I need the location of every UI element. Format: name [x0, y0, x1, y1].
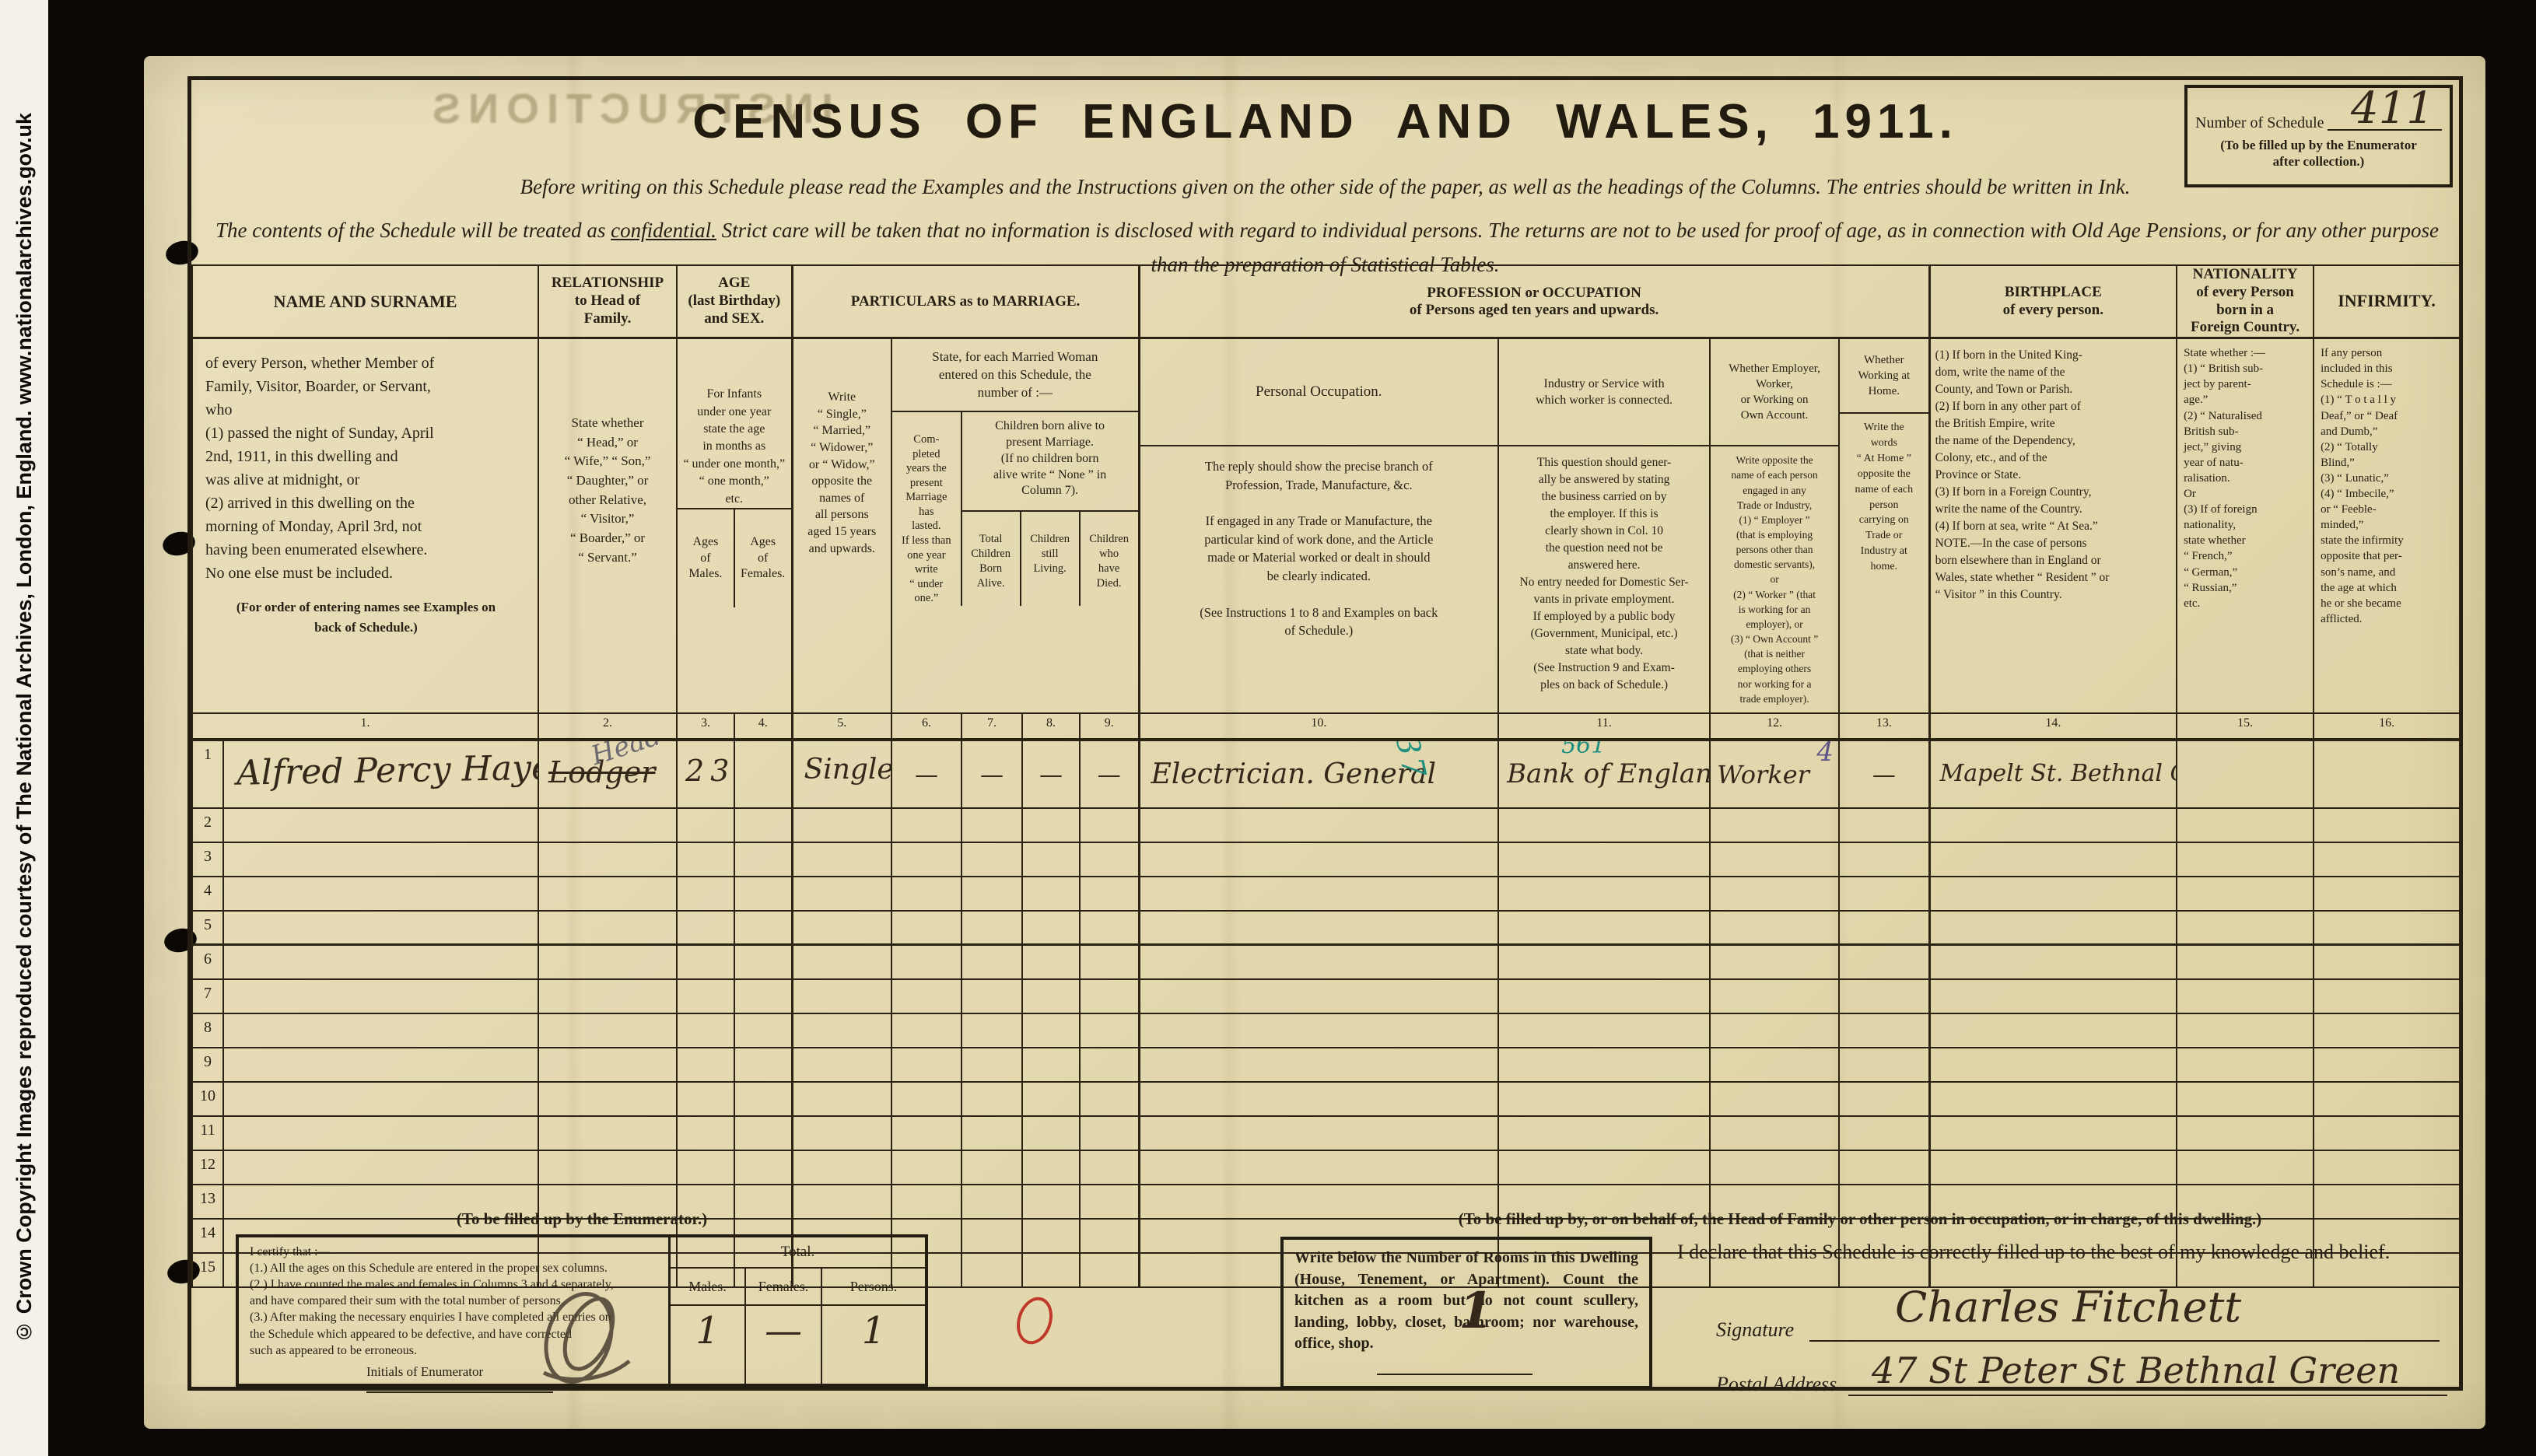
cell-marriage: [792, 842, 891, 877]
cell-birthplace: [1929, 1082, 2177, 1116]
cell-children-born: [962, 911, 1022, 945]
desc-relationship: State whether “ Head,” or “ Wife,” “ Son…: [538, 338, 677, 713]
schedule-number-box: Number of Schedule 411 (To be filled up …: [2184, 85, 2453, 187]
cell-relationship: [538, 808, 677, 842]
col-number: 1.: [192, 713, 538, 740]
desc-industry: Industry or Service with which worker is…: [1498, 338, 1710, 713]
birthplace-handwriting: Mapelt St. Bethnal Green: [1940, 760, 2177, 787]
cell-relationship: [538, 1150, 677, 1185]
row-number: 5: [192, 911, 223, 945]
col-number: 11.: [1498, 713, 1710, 740]
cell-children-born: [962, 1013, 1022, 1048]
desc-working-at-home: Whether Working at Home. Write the words…: [1839, 338, 1929, 713]
cell-marriage: [792, 1048, 891, 1082]
header-marriage-group: PARTICULARS as to MARRIAGE.: [792, 265, 1139, 338]
cell-nationality: [2177, 1116, 2314, 1150]
cell-infirmity: [2314, 808, 2460, 842]
row-number: 8: [192, 1013, 223, 1048]
cell-infirmity: [2314, 842, 2460, 877]
sub-children-total: Total Children Born Alive.: [962, 512, 1020, 606]
table-row: 9: [192, 1048, 2460, 1082]
form-border-frame: INSTRUCTIONS CENSUS OF ENGLAND AND WALES…: [187, 76, 2463, 1391]
cell-infirmity: [2314, 945, 2460, 979]
cell-children-living: [1022, 877, 1080, 911]
cell-industry: [1498, 1013, 1710, 1048]
cell-industry: [1498, 911, 1710, 945]
cell-children-living: [1022, 1219, 1080, 1253]
cell-occupation: Electrician. General 637: [1139, 740, 1498, 808]
desc-occupation: Personal Occupation. The reply should sh…: [1139, 338, 1498, 713]
archive-copyright-strip: © Crown Copyright Images reproduced cour…: [0, 0, 48, 1456]
cell-age-females: [734, 911, 792, 945]
col-number: 9.: [1080, 713, 1139, 740]
cell-marriage: [792, 808, 891, 842]
desc-marriage-details: State, for each Married Woman entered on…: [891, 338, 1139, 713]
cell-industry: [1498, 979, 1710, 1013]
table-row: 2: [192, 808, 2460, 842]
cell-children-born: [962, 1219, 1022, 1253]
row-number: 1: [192, 740, 223, 808]
col-number: 15.: [2177, 713, 2314, 740]
copyright-text: © Crown Copyright Images reproduced cour…: [12, 113, 37, 1343]
cell-age-females: [734, 808, 792, 842]
cell-name: [223, 1116, 538, 1150]
certification-text-area: I certify that :— (1.) All the ages on t…: [239, 1237, 668, 1384]
cell-relationship: [538, 1082, 677, 1116]
cell-employment-status: [1710, 1013, 1839, 1048]
cell-years-married: [891, 1116, 962, 1150]
cell-birthplace: [1929, 842, 2177, 877]
cell-children-born: [962, 945, 1022, 979]
cell-years-married: [891, 979, 962, 1013]
cell-age-females: [734, 1150, 792, 1185]
name-handwriting: Alfred Percy Hayes: [236, 747, 538, 793]
cell-children-living: [1022, 1150, 1080, 1185]
cell-marriage: [792, 1116, 891, 1150]
cell-marriage: [792, 1013, 891, 1048]
header-name-surname: NAME AND SURNAME: [192, 265, 538, 338]
row-number: 13: [192, 1185, 223, 1219]
cell-age-males: [677, 1150, 734, 1185]
cell-children-born: [962, 842, 1022, 877]
form-title: CENSUS OF ENGLAND AND WALES, 1911.: [191, 94, 2459, 149]
cell-children-died: [1080, 1013, 1139, 1048]
cell-birthplace: [1929, 1150, 2177, 1185]
cell-years-married: [891, 1150, 962, 1185]
cell-birthplace: [1929, 1013, 2177, 1048]
cell-birthplace: [1929, 1048, 2177, 1082]
row-number: 3: [192, 842, 223, 877]
row-number: 11: [192, 1116, 223, 1150]
cell-marriage: [792, 1150, 891, 1185]
enumerator-section-heading: (To be filled up by the Enumerator.): [236, 1209, 928, 1229]
cell-infirmity: [2314, 1116, 2460, 1150]
desc-birthplace: (1) If born in the United King- dom, wri…: [1929, 338, 2177, 713]
cell-children-living: —: [1022, 740, 1080, 808]
cell-age-females: [734, 979, 792, 1013]
desc-employment-status: Whether Employer, Worker, or Working on …: [1710, 338, 1839, 713]
cell-birthplace: [1929, 877, 2177, 911]
cell-children-died: [1080, 1082, 1139, 1116]
col-number: 2.: [538, 713, 677, 740]
initials-line: [366, 1391, 553, 1393]
females-value-handwriting: —: [765, 1309, 802, 1353]
cell-children-living: [1022, 945, 1080, 979]
cell-marriage: [792, 1082, 891, 1116]
table-row: 5: [192, 911, 2460, 945]
cell-industry: [1498, 945, 1710, 979]
cell-at-home: [1839, 808, 1929, 842]
schedule-number-handwriting: 411: [2351, 83, 2434, 134]
sub-children-living: Children still Living.: [1020, 512, 1079, 606]
cell-nationality: [2177, 740, 2314, 808]
cell-infirmity: [2314, 740, 2460, 808]
cell-at-home: [1839, 1013, 1929, 1048]
cell-name: [223, 1048, 538, 1082]
cell-children-living: [1022, 1082, 1080, 1116]
males-label: Males.: [671, 1269, 744, 1304]
total-label: Total.: [671, 1237, 925, 1269]
cell-at-home: [1839, 1116, 1929, 1150]
desc-name: of every Person, whether Member of Famil…: [192, 338, 538, 713]
cell-industry: [1498, 1150, 1710, 1185]
row-number: 12: [192, 1150, 223, 1185]
col-number: 7.: [962, 713, 1022, 740]
cell-age-males: 23: [677, 740, 734, 808]
head-of-family-section-heading: (To be filled up by, or on behalf of, th…: [1277, 1209, 2443, 1229]
cell-at-home: [1839, 877, 1929, 911]
cell-children-died: —: [1080, 740, 1139, 808]
cell-children-died: [1080, 808, 1139, 842]
table-row: 6: [192, 945, 2460, 979]
table-row: 1 Alfred Percy Hayes Lodger Head 23 Sing…: [192, 740, 2460, 808]
cell-at-home: [1839, 1150, 1929, 1185]
cell-children-born: [962, 1048, 1022, 1082]
cell-nationality: [2177, 808, 2314, 842]
cell-employment-status: Worker 4: [1710, 740, 1839, 808]
instruction-line-1: Before writing on this Schedule please r…: [191, 175, 2459, 199]
cell-birthplace: [1929, 1116, 2177, 1150]
cell-children-living: [1022, 1013, 1080, 1048]
cell-children-living: [1022, 808, 1080, 842]
persons-value-handwriting: 1: [862, 1309, 886, 1353]
cell-infirmity: [2314, 1048, 2460, 1082]
cell-relationship: [538, 1116, 677, 1150]
cell-birthplace: Mapelt St. Bethnal Green: [1929, 740, 2177, 808]
schedule-head: NAME AND SURNAME RELATIONSHIP to Head of…: [192, 265, 2460, 740]
cell-age-females: [734, 1082, 792, 1116]
cell-age-females: [734, 1116, 792, 1150]
cell-at-home: [1839, 842, 1929, 877]
cell-industry: [1498, 1116, 1710, 1150]
cell-relationship: [538, 911, 677, 945]
cell-children-died: [1080, 1150, 1139, 1185]
females-label: Females.: [744, 1269, 822, 1304]
cell-age-males: [677, 1082, 734, 1116]
cell-age-males: [677, 1013, 734, 1048]
row-number: 15: [192, 1253, 223, 1287]
cell-marriage: [792, 945, 891, 979]
cell-occupation: [1139, 877, 1498, 911]
cell-children-living: [1022, 911, 1080, 945]
cell-name: [223, 945, 538, 979]
postal-address-label: Postal Address: [1716, 1373, 1837, 1395]
schedule-box-note: (To be filled up by the Enumerator after…: [2195, 137, 2442, 170]
confidential-word: confidential.: [611, 219, 716, 242]
col-number: 10.: [1139, 713, 1498, 740]
cell-children-born: [962, 1253, 1022, 1287]
persons-label: Persons.: [822, 1269, 925, 1304]
col-number: 8.: [1022, 713, 1080, 740]
cell-employment-status: [1710, 808, 1839, 842]
industry-handwriting: Bank of England: [1507, 758, 1710, 789]
cell-age-females: [734, 1048, 792, 1082]
cell-years-married: —: [891, 740, 962, 808]
cell-infirmity: [2314, 1013, 2460, 1048]
header-profession-group: PROFESSION or OCCUPATION of Persons aged…: [1139, 265, 1929, 338]
header-nationality: NATIONALITY of every Person born in a Fo…: [2177, 265, 2314, 338]
cell-occupation: [1139, 979, 1498, 1013]
cell-at-home: [1839, 979, 1929, 1013]
cell-employment-status: [1710, 945, 1839, 979]
cell-name: [223, 911, 538, 945]
cell-at-home: [1839, 1082, 1929, 1116]
cell-marriage: [792, 979, 891, 1013]
cell-occupation: [1139, 1150, 1498, 1185]
cell-name: [223, 1082, 538, 1116]
cell-occupation: [1139, 1048, 1498, 1082]
cell-children-living: [1022, 979, 1080, 1013]
confidential-line: The contents of the Schedule will be tre…: [207, 219, 2447, 243]
col-number: 12.: [1710, 713, 1839, 740]
employment-handwriting: Worker: [1717, 760, 1809, 789]
cell-name: [223, 1150, 538, 1185]
cell-nationality: [2177, 979, 2314, 1013]
cell-years-married: [891, 945, 962, 979]
cell-industry: [1498, 877, 1710, 911]
cell-age-females: [734, 877, 792, 911]
cell-children-died: [1080, 1185, 1139, 1219]
declaration-text: I declare that this Schedule is correctl…: [1677, 1241, 2447, 1264]
header-infirmity: INFIRMITY.: [2314, 265, 2460, 338]
row-number: 4: [192, 877, 223, 911]
dash-mark: —: [1098, 761, 1121, 789]
cell-birthplace: [1929, 945, 2177, 979]
cell-occupation: [1139, 1013, 1498, 1048]
rooms-answer-line: [1377, 1374, 1532, 1375]
cell-children-living: [1022, 1116, 1080, 1150]
row-number: 2: [192, 808, 223, 842]
cell-nationality: [2177, 1150, 2314, 1185]
cell-nationality: [2177, 1082, 2314, 1116]
table-row: 7: [192, 979, 2460, 1013]
col-number: 13.: [1839, 713, 1929, 740]
cell-age-males: [677, 842, 734, 877]
cell-children-born: [962, 808, 1022, 842]
red-zero-mark: [1011, 1293, 1058, 1349]
row-number: 7: [192, 979, 223, 1013]
schedule-number-label: Number of Schedule: [2195, 114, 2324, 131]
cell-children-born: [962, 1150, 1022, 1185]
cell-name: [223, 808, 538, 842]
cell-children-died: [1080, 842, 1139, 877]
table-row: 10: [192, 1082, 2460, 1116]
rooms-value-handwriting: 1: [1459, 1277, 1494, 1346]
cell-relationship: [538, 1013, 677, 1048]
cell-infirmity: [2314, 877, 2460, 911]
cell-children-born: —: [962, 740, 1022, 808]
cell-children-died: [1080, 911, 1139, 945]
header-age-sex: AGE (last Birthday) and SEX.: [677, 265, 792, 338]
cell-age-females: [734, 842, 792, 877]
col-number: 14.: [1929, 713, 2177, 740]
sub-children-died: Children who have Died.: [1079, 512, 1138, 606]
cell-age-males: [677, 979, 734, 1013]
cell-age-males: [677, 877, 734, 911]
cell-children-living: [1022, 842, 1080, 877]
cell-children-died: [1080, 1116, 1139, 1150]
cell-name: [223, 1013, 538, 1048]
signature-line: [1809, 1340, 2440, 1342]
cell-nationality: [2177, 1048, 2314, 1082]
col-number: 6.: [891, 713, 962, 740]
cell-birthplace: [1929, 979, 2177, 1013]
totals-area: Total. Males. Females. Persons. 1 — 1: [668, 1237, 925, 1384]
table-row: 11: [192, 1116, 2460, 1150]
cell-employment-status: [1710, 842, 1839, 877]
cell-relationship: [538, 1048, 677, 1082]
desc-marital-status: Write “ Single,” “ Married,” “ Widower,”…: [792, 338, 891, 713]
postal-address-row: Postal Address 47 St Peter St Bethnal Gr…: [1716, 1373, 2440, 1396]
cell-children-died: [1080, 979, 1139, 1013]
table-row: 4: [192, 877, 2460, 911]
cell-children-born: [962, 1185, 1022, 1219]
cell-at-home: [1839, 911, 1929, 945]
cell-industry: Bank of England 561: [1498, 740, 1710, 808]
cell-age-females: [734, 945, 792, 979]
col-number: 5.: [792, 713, 891, 740]
cell-industry: [1498, 808, 1710, 842]
cell-employment-status: [1710, 877, 1839, 911]
rooms-count-box: Write below the Number of Rooms in this …: [1280, 1237, 1652, 1389]
header-relationship: RELATIONSHIP to Head of Family.: [538, 265, 677, 338]
table-row: 8: [192, 1013, 2460, 1048]
cell-employment-status: [1710, 1150, 1839, 1185]
cell-relationship: [538, 979, 677, 1013]
cell-industry: [1498, 1048, 1710, 1082]
cell-birthplace: [1929, 808, 2177, 842]
schedule-body: 1 Alfred Percy Hayes Lodger Head 23 Sing…: [192, 740, 2460, 1287]
cell-at-home: —: [1839, 740, 1929, 808]
col-number: 16.: [2314, 713, 2460, 740]
table-row: 3: [192, 842, 2460, 877]
cell-nationality: [2177, 945, 2314, 979]
males-value-handwriting: 1: [695, 1309, 720, 1353]
dash-mark: —: [1872, 761, 1896, 789]
cell-name: Alfred Percy Hayes: [223, 740, 538, 808]
postal-address-handwriting: 47 St Peter St Bethnal Green: [1872, 1349, 2400, 1391]
initials-label: Initials of Enumerator: [366, 1364, 483, 1379]
desc-infirmity: If any person included in this Schedule …: [2314, 338, 2460, 713]
cell-industry: [1498, 842, 1710, 877]
row-number: 9: [192, 1048, 223, 1082]
cell-years-married: [891, 1048, 962, 1082]
cell-infirmity: [2314, 1150, 2460, 1185]
cell-nationality: [2177, 877, 2314, 911]
cell-years-married: [891, 1082, 962, 1116]
cell-children-died: [1080, 945, 1139, 979]
cell-at-home: [1839, 1048, 1929, 1082]
cell-age-males: [677, 1048, 734, 1082]
cell-nationality: [2177, 911, 2314, 945]
cell-marriage: [792, 877, 891, 911]
cell-children-died: [1080, 1048, 1139, 1082]
cell-relationship: Lodger Head: [538, 740, 677, 808]
cell-infirmity: [2314, 1082, 2460, 1116]
cell-marriage: [792, 911, 891, 945]
cell-children-died: [1080, 1219, 1139, 1253]
desc-age: For Infants under one year state the age…: [677, 338, 792, 713]
cell-occupation: [1139, 911, 1498, 945]
cell-employment-status: [1710, 1048, 1839, 1082]
signature-label: Signature: [1716, 1318, 1794, 1341]
cell-employment-status: [1710, 1082, 1839, 1116]
cell-age-females: [734, 740, 792, 808]
row-number: 10: [192, 1082, 223, 1116]
cell-name: [223, 979, 538, 1013]
cell-children-born: [962, 979, 1022, 1013]
cell-age-males: [677, 808, 734, 842]
cell-occupation: [1139, 1082, 1498, 1116]
signature-row: Signature Charles Fitchett: [1716, 1318, 2440, 1342]
signature-handwriting: Charles Fitchett: [1895, 1283, 2241, 1332]
industry-code-annotation: 561: [1561, 740, 1606, 759]
column-numbers-row: 1. 2. 3. 4. 5. 6. 7. 8. 9. 10. 11. 12. 1…: [192, 713, 2460, 740]
sub-children-group: Children born alive to present Marriage.…: [962, 412, 1138, 512]
dash-mark: —: [980, 761, 1004, 789]
cell-age-males: [677, 945, 734, 979]
desc-nationality: State whether :— (1) “ British sub- ject…: [2177, 338, 2314, 713]
age-handwriting: 23: [685, 754, 734, 788]
row-number: 6: [192, 945, 223, 979]
enumerator-initials-handwriting: [520, 1287, 637, 1388]
cell-years-married: [891, 877, 962, 911]
header-birthplace: BIRTHPLACE of every person.: [1929, 265, 2177, 338]
cell-relationship: [538, 842, 677, 877]
cell-children-living: [1022, 1185, 1080, 1219]
row-number: 14: [192, 1219, 223, 1253]
sub-ages-males: Ages of Males.: [678, 509, 734, 607]
cell-children-born: [962, 1082, 1022, 1116]
table-row: 12: [192, 1150, 2460, 1185]
cell-employment-status: [1710, 911, 1839, 945]
cell-relationship: [538, 877, 677, 911]
cell-birthplace: [1929, 911, 2177, 945]
marital-status-handwriting: Single: [804, 754, 892, 786]
cell-nationality: [2177, 842, 2314, 877]
cell-children-living: [1022, 1048, 1080, 1082]
cell-occupation: [1139, 808, 1498, 842]
cell-name: [223, 842, 538, 877]
cell-employment-status: [1710, 979, 1839, 1013]
dash-mark: —: [1039, 761, 1063, 789]
postal-address-line: [1848, 1395, 2447, 1396]
cell-years-married: [891, 1013, 962, 1048]
cell-occupation: [1139, 945, 1498, 979]
cell-years-married: [891, 842, 962, 877]
cell-children-died: [1080, 877, 1139, 911]
cell-years-married: [891, 808, 962, 842]
